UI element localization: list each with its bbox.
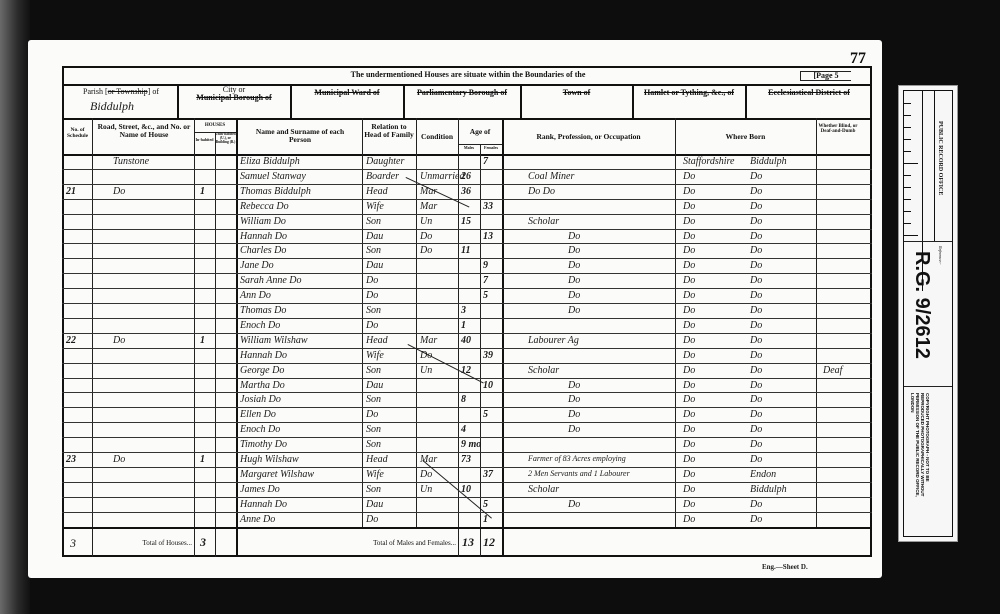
inhabited-cell: 1: [200, 336, 205, 346]
ruler-tick: [904, 223, 911, 224]
parish-label-suffix: ] of: [148, 87, 159, 96]
occupation-cell: Do: [568, 395, 580, 405]
tab-divider: [904, 241, 952, 242]
condition-cell: Do: [420, 232, 432, 242]
female-age-cell: 5: [483, 291, 488, 301]
name-cell: James Do: [240, 485, 280, 495]
reference-tab-border: PUBLIC RECORD OFFICE Reference:- R.G. 9/…: [903, 90, 953, 537]
condition-cell: Do: [420, 246, 432, 256]
born-place-cell: Do: [750, 261, 762, 271]
page-label: [Page 5: [800, 71, 851, 81]
town-label: Town of: [521, 89, 632, 97]
col-rule: [675, 118, 676, 527]
row-rule: [62, 229, 872, 230]
born-county-cell: Do: [683, 336, 695, 346]
male-age-cell: 4: [461, 425, 466, 435]
relation-cell: Dau: [366, 261, 383, 271]
col-rule: [816, 118, 817, 527]
born-place-cell: Do: [750, 321, 762, 331]
occupation-cell: Labourer Ag: [528, 336, 579, 346]
born-place-cell: Endon: [750, 470, 776, 480]
col-rule: [215, 132, 216, 557]
row-rule: [62, 512, 872, 513]
row-rule: [62, 392, 872, 393]
road-cell: Tunstone: [113, 157, 149, 167]
born-place-cell: Do: [750, 217, 762, 227]
born-place-cell: Do: [750, 425, 762, 435]
header-females: Females: [480, 146, 502, 150]
male-age-cell: 26: [461, 172, 471, 182]
condition-cell: Un: [420, 366, 432, 376]
reference-code: R.G. 9/2612: [910, 251, 933, 359]
ruler-tick: [904, 163, 918, 164]
col-rule: [480, 144, 481, 557]
occupation-cell: Do: [568, 232, 580, 242]
ward-label: Municipal Ward of: [291, 89, 403, 97]
born-place-cell: Biddulph: [750, 485, 787, 495]
relation-cell: Wife: [366, 202, 384, 212]
row-rule: [62, 288, 872, 289]
occupation-cell: Do: [568, 246, 580, 256]
born-county-cell: Do: [683, 410, 695, 420]
born-place-cell: Do: [750, 306, 762, 316]
name-cell: Hannah Do: [240, 232, 287, 242]
header-condition: Condition: [416, 133, 458, 141]
born-county-cell: Do: [683, 455, 695, 465]
relation-cell: Head: [366, 336, 388, 346]
relation-cell: Do: [366, 291, 378, 301]
born-place-cell: Do: [750, 455, 762, 465]
name-cell: Ellen Do: [240, 410, 276, 420]
row-rule: [62, 407, 872, 408]
female-age-cell: 10: [483, 381, 493, 391]
road-cell: Do: [113, 336, 125, 346]
name-cell: Hugh Wilshaw: [240, 455, 299, 465]
header-schedule: No. of Schedule: [63, 128, 92, 140]
name-cell: Enoch Do: [240, 425, 280, 435]
row-rule: [62, 482, 872, 483]
relation-cell: Head: [366, 187, 388, 197]
born-place-cell: Do: [750, 172, 762, 182]
born-place-cell: Do: [750, 395, 762, 405]
name-cell: Thomas Do: [240, 306, 286, 316]
born-county-cell: Do: [683, 351, 695, 361]
born-county-cell: Do: [683, 217, 695, 227]
ruler-tick: [904, 175, 911, 176]
parish-label: Parish [or Township] of: [66, 88, 176, 96]
female-age-cell: 5: [483, 500, 488, 510]
schedule-cell: 23: [66, 455, 76, 465]
condition-cell: Mar: [420, 336, 437, 346]
header-relation: Relation to Head of Family: [362, 123, 416, 139]
relation-cell: Do: [366, 321, 378, 331]
born-place-cell: Do: [750, 276, 762, 286]
born-place-cell: Biddulph: [750, 157, 787, 167]
row-rule: [62, 363, 872, 364]
header-age: Age of: [458, 128, 502, 136]
parish-value: Biddulph: [90, 100, 134, 112]
relation-cell: Son: [366, 366, 381, 376]
name-cell: Anne Do: [240, 515, 275, 525]
occupation-cell: Do: [568, 500, 580, 510]
scan-edge: [0, 0, 30, 614]
row-rule: [62, 303, 872, 304]
condition-cell: Do: [420, 470, 432, 480]
occupation-cell: Do: [568, 306, 580, 316]
born-place-cell: Do: [750, 440, 762, 450]
total-persons-label: Total of Males and Females...: [268, 540, 456, 547]
relation-cell: Son: [366, 246, 381, 256]
header-houses: HOUSES: [194, 123, 236, 128]
ruler-tick: [904, 115, 911, 116]
relation-cell: Daughter: [366, 157, 404, 167]
occupation-cell: Scholar: [528, 485, 559, 495]
row-rule: [62, 214, 872, 215]
female-age-cell: 33: [483, 202, 493, 212]
occupation-cell: Scholar: [528, 217, 559, 227]
male-age-cell: 15: [461, 217, 471, 227]
born-county-cell: Do: [683, 470, 695, 480]
born-place-cell: Do: [750, 500, 762, 510]
ruler-tick: [904, 211, 911, 212]
female-age-cell: 9: [483, 261, 488, 271]
occupation-cell: Do: [568, 425, 580, 435]
schedule-cell: 22: [66, 336, 76, 346]
ruler-tick: [904, 199, 911, 200]
name-cell: Eliza Biddulph: [240, 157, 300, 167]
condition-cell: Un: [420, 217, 432, 227]
banner-title: The undermentioned Houses are situate wi…: [228, 71, 708, 79]
occupation-cell: Coal Miner: [528, 172, 574, 182]
row-rule: [62, 318, 872, 319]
born-place-cell: Do: [750, 515, 762, 525]
parish-label-prefix: Parish [: [83, 87, 108, 96]
female-age-cell: 1: [483, 515, 488, 525]
total-schedules: 3: [70, 537, 76, 549]
ruler-tick: [904, 187, 911, 188]
born-county-cell: Do: [683, 246, 695, 256]
office-label: PUBLIC RECORD OFFICE: [937, 121, 943, 195]
born-county-cell: Do: [683, 187, 695, 197]
name-cell: Samuel Stanway: [240, 172, 306, 182]
occupation-cell: Farmer of 83 Acres employing: [528, 455, 626, 463]
born-place-cell: Do: [750, 381, 762, 391]
name-cell: Enoch Do: [240, 321, 280, 331]
female-age-cell: 37: [483, 470, 493, 480]
name-cell: George Do: [240, 366, 284, 376]
born-place-cell: Do: [750, 410, 762, 420]
occupation-cell: Do: [568, 276, 580, 286]
ruler-cm-strip: [922, 91, 935, 241]
born-county-cell: Do: [683, 261, 695, 271]
total-houses-label: Total of Houses...: [120, 540, 192, 547]
header-males: Males: [458, 146, 480, 150]
male-age-cell: 73: [461, 455, 471, 465]
city-label-struck: Municipal Borough of: [178, 94, 290, 102]
name-cell: Timothy Do: [240, 440, 287, 450]
total-females: 12: [483, 536, 495, 548]
female-age-cell: 7: [483, 276, 488, 286]
male-age-cell: 11: [461, 246, 470, 256]
name-cell: William Do: [240, 217, 286, 227]
born-county-cell: Do: [683, 366, 695, 376]
born-county-cell: Do: [683, 232, 695, 242]
relation-cell: Son: [366, 425, 381, 435]
col-rule: [416, 118, 417, 527]
tab-divider: [904, 386, 952, 387]
header-inhabited: In-habited: [194, 138, 215, 142]
census-page: 77 The undermentioned Houses are situate…: [28, 40, 882, 578]
inhabited-cell: 1: [200, 455, 205, 465]
name-cell: Rebecca Do: [240, 202, 289, 212]
city-label: City or Municipal Borough of: [178, 86, 290, 103]
name-cell: Jane Do: [240, 261, 274, 271]
born-county-cell: Do: [683, 276, 695, 286]
parliamentary-borough-label: Parliamentary Borough of: [404, 89, 520, 97]
name-cell: William Wilshaw: [240, 336, 308, 346]
occupation-cell: Scholar: [528, 366, 559, 376]
header-road: Road, Street, &c., and No. or Name of Ho…: [94, 123, 194, 139]
row-rule: [62, 437, 872, 438]
ruler-tick: [904, 151, 911, 152]
ruler-tick: [904, 235, 918, 236]
male-age-cell: 40: [461, 336, 471, 346]
row-rule: [62, 422, 872, 423]
boundary-rule: [62, 118, 872, 120]
relation-cell: Dau: [366, 500, 383, 510]
male-age-cell: 8: [461, 395, 466, 405]
row-rule: [62, 273, 872, 274]
occupation-cell: Do: [568, 381, 580, 391]
reg-sheet-label: Eng.—Sheet D.: [762, 563, 808, 571]
born-place-cell: Do: [750, 351, 762, 361]
row-rule: [62, 169, 872, 170]
relation-cell: Dau: [366, 232, 383, 242]
female-age-cell: 7: [483, 157, 488, 167]
row-rule: [62, 243, 872, 244]
row-rule: [62, 378, 872, 379]
male-age-cell: 36: [461, 187, 471, 197]
road-cell: Do: [113, 455, 125, 465]
female-age-cell: 5: [483, 410, 488, 420]
ruler-tick: [904, 139, 911, 140]
relation-cell: Son: [366, 306, 381, 316]
total-males: 13: [462, 536, 474, 548]
relation-cell: Do: [366, 410, 378, 420]
relation-cell: Head: [366, 455, 388, 465]
header-blind-deaf: Whether Blind, or Deaf-and-Dumb: [817, 124, 859, 135]
relation-cell: Wife: [366, 470, 384, 480]
relation-cell: Son: [366, 395, 381, 405]
occupation-cell: Do Do: [528, 187, 555, 197]
occupation-cell: Do: [568, 261, 580, 271]
ruler-tick: [904, 127, 911, 128]
name-cell: Ann Do: [240, 291, 271, 301]
col-rule: [362, 118, 363, 527]
relation-cell: Boarder: [366, 172, 399, 182]
born-county-cell: Do: [683, 202, 695, 212]
born-county-cell: Do: [683, 381, 695, 391]
born-place-cell: Do: [750, 187, 762, 197]
female-age-cell: 13: [483, 232, 493, 242]
name-cell: Hannah Do: [240, 500, 287, 510]
name-cell: Martha Do: [240, 381, 285, 391]
occupation-cell: 2 Men Servants and 1 Labourer: [528, 470, 630, 478]
born-place-cell: Do: [750, 202, 762, 212]
relation-cell: Do: [366, 276, 378, 286]
blind-deaf-cell: Deaf: [823, 366, 842, 376]
born-county-cell: Staffordshire: [683, 157, 734, 167]
name-cell: Hannah Do: [240, 351, 287, 361]
header-uninhabited: Unin-habited (U.), or Building (B.): [215, 133, 236, 144]
ruler-tick: [904, 103, 911, 104]
row-rule: [62, 467, 872, 468]
male-age-cell: 9 mo: [461, 440, 481, 450]
born-county-cell: Do: [683, 172, 695, 182]
born-county-cell: Do: [683, 291, 695, 301]
header-where-born: Where Born: [675, 133, 816, 141]
inhabited-cell: 1: [200, 187, 205, 197]
condition-cell: Un: [420, 485, 432, 495]
row-rule: [62, 348, 872, 349]
born-county-cell: Do: [683, 515, 695, 525]
born-place-cell: Do: [750, 232, 762, 242]
relation-cell: Dau: [366, 381, 383, 391]
reference-tab: PUBLIC RECORD OFFICE Reference:- R.G. 9/…: [898, 85, 958, 542]
header-occupation: Rank, Profession, or Occupation: [502, 133, 675, 141]
relation-cell: Son: [366, 440, 381, 450]
born-county-cell: Do: [683, 500, 695, 510]
schedule-cell: 21: [66, 187, 76, 197]
born-place-cell: Do: [750, 336, 762, 346]
name-cell: Sarah Anne Do: [240, 276, 301, 286]
reference-label: Reference:-: [938, 246, 943, 265]
male-age-cell: 1: [461, 321, 466, 331]
name-cell: Thomas Biddulph: [240, 187, 311, 197]
born-county-cell: Do: [683, 306, 695, 316]
occupation-cell: Do: [568, 410, 580, 420]
row-rule: [62, 333, 872, 334]
condition-cell: Mar: [420, 202, 437, 212]
totals-rule: [62, 527, 872, 529]
born-place-cell: Do: [750, 291, 762, 301]
header-name: Name and Surname of each Person: [248, 128, 352, 144]
born-county-cell: Do: [683, 425, 695, 435]
name-cell: Charles Do: [240, 246, 286, 256]
born-place-cell: Do: [750, 366, 762, 376]
occupation-cell: Do: [568, 291, 580, 301]
female-age-cell: 39: [483, 351, 493, 361]
relation-cell: Do: [366, 515, 378, 525]
relation-cell: Wife: [366, 351, 384, 361]
born-county-cell: Do: [683, 440, 695, 450]
name-cell: Josiah Do: [240, 395, 281, 405]
row-rule: [62, 199, 872, 200]
relation-cell: Son: [366, 217, 381, 227]
name-cell: Margaret Wilshaw: [240, 470, 314, 480]
hamlet-label: Hamlet or Tything, &c., of: [633, 89, 745, 97]
born-county-cell: Do: [683, 321, 695, 331]
male-age-cell: 3: [461, 306, 466, 316]
road-cell: Do: [113, 187, 125, 197]
ecclesiastical-district-label: Ecclesiastical District of: [746, 89, 872, 97]
row-rule: [62, 452, 872, 453]
total-houses-value: 3: [200, 536, 206, 548]
copyright-notice: COPYRIGHT PHOTOGRAPH - NOT TO BE REPRODU…: [910, 393, 930, 513]
row-rule: [62, 258, 872, 259]
condition-cell: Unmarried: [420, 172, 464, 182]
born-place-cell: Do: [750, 246, 762, 256]
parish-label-struck: or Township: [108, 87, 148, 96]
born-county-cell: Do: [683, 485, 695, 495]
relation-cell: Son: [366, 485, 381, 495]
row-rule: [62, 184, 872, 185]
born-county-cell: Do: [683, 395, 695, 405]
